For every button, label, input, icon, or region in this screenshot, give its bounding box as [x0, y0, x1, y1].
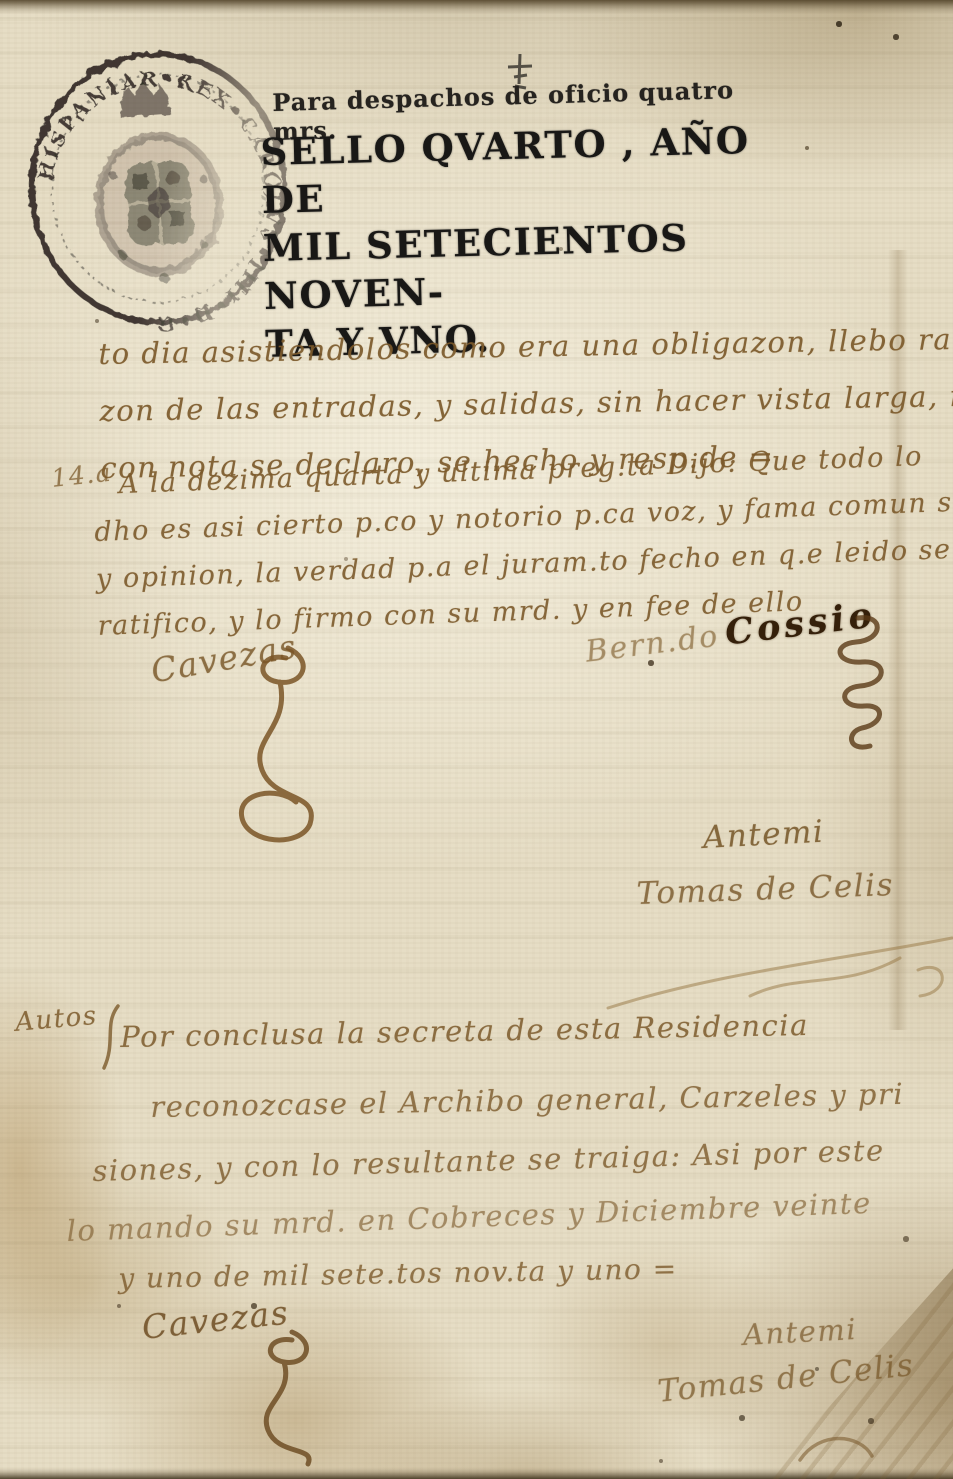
- ante-mi-mid: Antemi: [702, 814, 825, 856]
- stamp-line-2: MIL SETECIENTOS NOVEN-: [262, 211, 804, 320]
- manuscript-page: HISPANIAR•REX•CAROLVS•IIII•D•G: [0, 0, 953, 1479]
- ink-speck-layer: [0, 0, 2, 2]
- ante-mi-bottom: Antemi: [742, 1312, 858, 1352]
- torn-top-edge: [0, 0, 953, 14]
- royal-seal-stamp: HISPANIAR•REX•CAROLVS•IIII•D•G: [12, 33, 304, 343]
- stamp-line-1: SELLO QVARTO , AÑO DE: [260, 115, 802, 224]
- seal-coat-of-arms: [94, 132, 224, 287]
